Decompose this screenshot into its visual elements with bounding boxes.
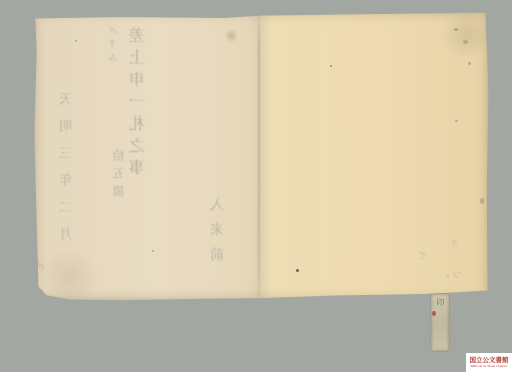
bleedthrough-column-date: 天明三年二月	[61, 92, 74, 254]
red-seal-mark	[432, 311, 436, 316]
stain-speck	[480, 198, 484, 204]
stain-speck	[296, 269, 299, 272]
bleedthrough-column-small-top: 〆すみ	[110, 25, 119, 67]
paper-tag: 印	[431, 294, 449, 351]
archives-watermark-japanese: 国立公文書館	[470, 357, 509, 364]
bleedthrough-column-quantity: 拾五箇	[113, 149, 125, 203]
bleedthrough-mark-right-1: り	[452, 239, 461, 248]
bleedthrough-column-main: 差上申一札之事	[130, 27, 146, 181]
archives-watermark: 国立公文書館 National Archives of Japan	[466, 353, 512, 372]
stain-speck	[454, 28, 458, 31]
stain-speck	[330, 65, 332, 67]
stain-speck	[455, 120, 458, 122]
archives-watermark-english: National Archives of Japan	[471, 365, 508, 368]
paper-tag-writing: 印	[435, 298, 446, 308]
bleedthrough-mark-right-3: つゝ	[444, 271, 463, 282]
bleedthrough-column-center: 入来前	[211, 197, 225, 272]
stain-speck	[463, 40, 468, 44]
bleedthrough-mark-right-2: て	[420, 251, 429, 260]
stain-speck	[75, 40, 77, 42]
stain-speck	[468, 62, 471, 65]
scan-background: { "scan": { "background_color": "#a2a7a2…	[0, 0, 512, 372]
bleedthrough-mark-bottom-left: 〆	[38, 260, 48, 270]
stain-speck	[152, 250, 154, 252]
center-fold-crease	[258, 11, 260, 301]
